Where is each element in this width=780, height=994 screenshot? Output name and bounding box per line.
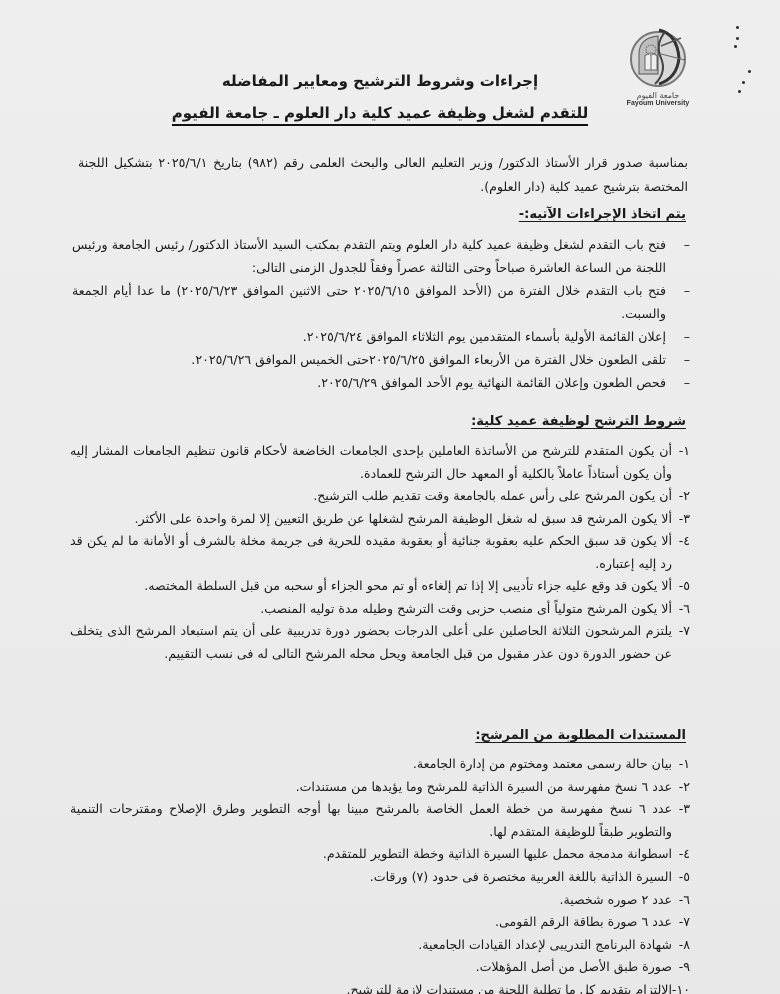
list-item: –إعلان القائمة الأولية بأسماء المتقدمين …	[72, 325, 692, 348]
list-item: ٨-شهادة البرنامج التدريبى لإعداد القيادا…	[70, 934, 690, 957]
logo-english-name: Fayoum University	[622, 100, 694, 108]
list-item: ٥-ألا يكون قد وقع عليه جزاء تأديبى إلا إ…	[70, 575, 690, 598]
list-item: ٩-صورة طبق الأصل من أصل المؤهلات.	[70, 956, 690, 979]
list-item: ٥-السيرة الذاتية باللغة العربية مختصرة ف…	[70, 866, 690, 889]
list-item: ٢-عدد ٦ نسخ مفهرسة من السيرة الذاتية للم…	[70, 776, 690, 799]
documents-list: ١-بيان حالة رسمى معتمد ومختوم من إدارة ا…	[70, 753, 690, 994]
list-item: ٢-أن يكون المرشح على رأس عمله بالجامعة و…	[70, 485, 690, 508]
list-item: ١-أن يكون المتقدم للترشح من الأساتذة الع…	[70, 440, 690, 485]
procedures-heading: يتم اتخاذ الإجراءات الآتيه:-	[519, 207, 686, 222]
conditions-list: ١-أن يكون المتقدم للترشح من الأساتذة الع…	[70, 440, 690, 665]
list-item: –فتح باب التقدم لشغل وظيفة عميد كلية دار…	[72, 233, 692, 279]
list-item: ٤-اسطوانة مدمجة محمل عليها السيرة الذاتي…	[70, 843, 690, 866]
list-item: ٧-يلتزم المرشحون الثلاثة الحاصلين على أع…	[70, 620, 690, 665]
conditions-heading: شروط الترشح لوظيفة عميد كلية:	[471, 414, 686, 429]
document-title: إجراءات وشروط الترشيح ومعايير المفاضله	[170, 72, 590, 90]
university-logo: جامعة الفيوم Fayoum University	[622, 24, 694, 116]
list-item: –تلقى الطعون خلال الفترة من الأربعاء الم…	[72, 348, 692, 371]
list-item: ٦-عدد ٢ صوره شخصية.	[70, 889, 690, 912]
list-item: ١-بيان حالة رسمى معتمد ومختوم من إدارة ا…	[70, 753, 690, 776]
document-page: جامعة الفيوم Fayoum University إجراءات و…	[0, 0, 780, 994]
list-item: ٦-ألا يكون المرشح متولياً أى منصب حزبى و…	[70, 598, 690, 621]
fayoum-university-logo-icon	[625, 24, 691, 90]
list-item: –فحص الطعون وإعلان القائمة النهائية يوم …	[72, 371, 692, 394]
procedures-list: –فتح باب التقدم لشغل وظيفة عميد كلية دار…	[72, 233, 692, 394]
list-item: –فتح باب التقدم خلال الفترة من (الأحد ال…	[72, 279, 692, 325]
document-subtitle: للتقدم لشغل وظيفة عميد كلية دار العلوم ـ…	[170, 104, 590, 122]
logo-arabic-name: جامعة الفيوم	[622, 91, 694, 100]
list-item: ٧-عدد ٦ صورة بطاقة الرقم القومى.	[70, 911, 690, 934]
list-item: ١٠-الالتزام بتقديم كل ما تطلبة اللجنة من…	[70, 979, 690, 994]
documents-heading: المستندات المطلوبة من المرشح:	[475, 728, 686, 743]
list-item: ٣-عدد ٦ نسخ مفهرسة من خطة العمل الخاصة ب…	[70, 798, 690, 843]
list-item: ٣-ألا يكون المرشح قد سبق له شغل الوظيفة …	[70, 508, 690, 531]
intro-paragraph: بمناسبة صدور قرار الأستاذ الدكتور/ وزير …	[78, 151, 688, 199]
list-item: ٤-ألا يكون قد سبق الحكم عليه بعقوبة جنائ…	[70, 530, 690, 575]
